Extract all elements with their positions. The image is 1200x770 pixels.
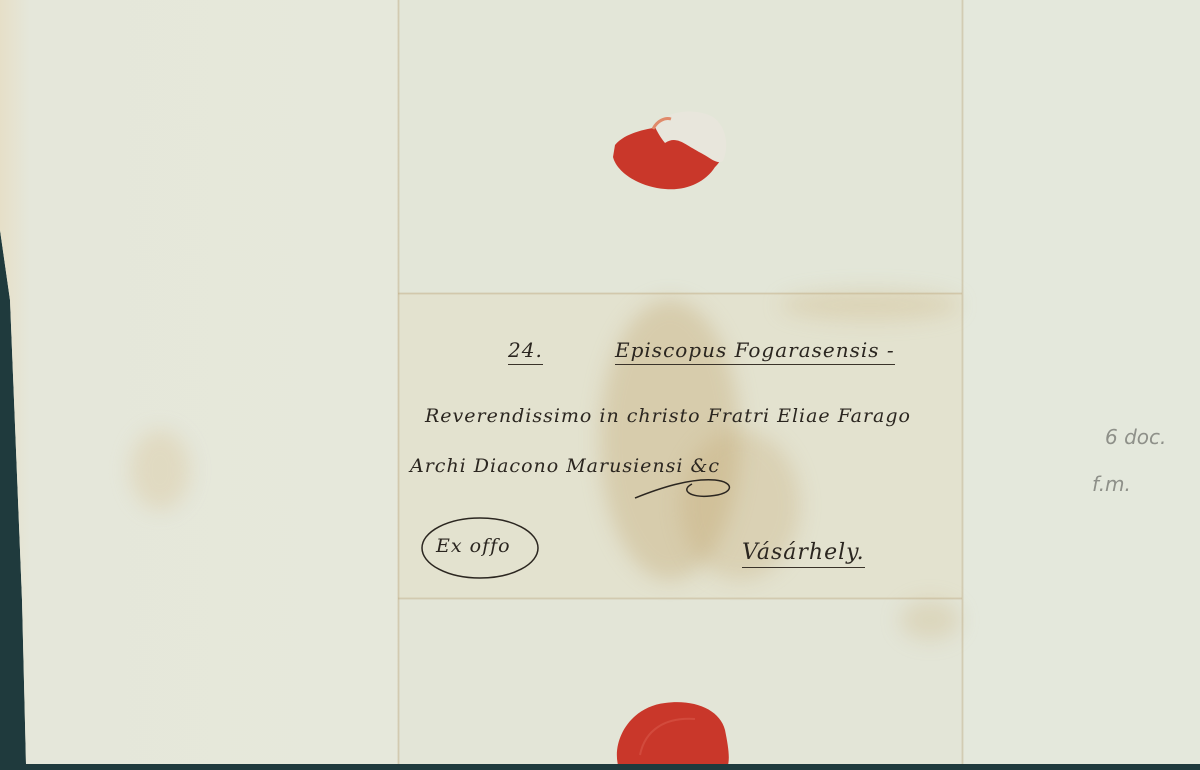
recipient-line-1-text: Reverendissimo in christo Fratri Eliae F… <box>425 405 911 427</box>
pencil-note-1: 6 doc. <box>1105 425 1166 449</box>
sender-line: Episcopus Fogarasensis - <box>615 338 895 365</box>
ex-officio: Ex offo <box>436 535 511 557</box>
wax-seal-top <box>605 105 735 195</box>
destination: Vásárhely. <box>742 540 865 568</box>
fold-line <box>398 292 962 295</box>
letter-sheet: 24. Episcopus Fogarasensis - Reverendiss… <box>0 0 1200 764</box>
pencil-note-2: f.m. <box>1092 472 1131 496</box>
left-fold-panel <box>0 0 398 764</box>
wax-seal-bottom <box>610 695 735 764</box>
recipient-line-1: Reverendissimo in christo Fratri Eliae F… <box>425 405 911 427</box>
fold-line <box>398 597 962 600</box>
water-stain <box>900 600 960 640</box>
flourish <box>630 470 740 505</box>
right-fold-panel <box>962 0 1200 764</box>
letter-number: 24. <box>508 338 543 365</box>
water-stain <box>130 430 190 510</box>
fold-line <box>961 0 964 764</box>
fold-line <box>397 0 400 764</box>
